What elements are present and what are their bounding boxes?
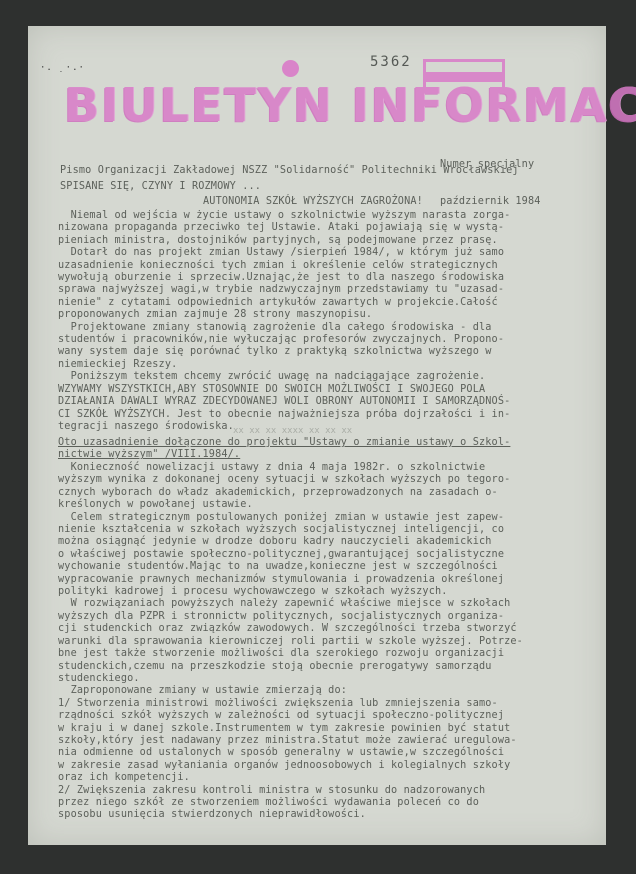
text-line: wyższym wynika z dokonanej oceny sytuacj… <box>58 474 523 486</box>
section-divider: xx xx xx xxxx xx xx xx <box>233 426 352 436</box>
text-line: studenckiego. <box>58 673 523 685</box>
text-line: wychowanie studentów.Mając to na uwadze,… <box>58 561 523 573</box>
text-line: Poniższym tekstem chcemy zwrócić uwagę n… <box>58 371 510 383</box>
text-line: nictwie wyższym" /VIII.1984/. <box>58 449 510 461</box>
issue-date: październik 1984 <box>440 196 541 208</box>
section-1: Niemal od wejścia w życie ustawy o szkol… <box>58 210 510 433</box>
text-line: Projektowane zmiany stanowią zagrożenie … <box>58 322 510 334</box>
text-line: w zakresie zasad wyłaniania organów jedn… <box>58 760 523 772</box>
text-line: proponowanych zmian zajmuje 28 strony ma… <box>58 309 510 321</box>
text-line: Niemal od wejścia w życie ustawy o szkol… <box>58 210 510 222</box>
text-line: studenckich,czemu na przeszkodzie stoją … <box>58 661 523 673</box>
text-line: rządności szkół wyższych w zależności od… <box>58 710 523 722</box>
text-line: szkoły,który jest nadawany przez ministr… <box>58 735 523 747</box>
text-line: kreślonych w powołanej ustawie. <box>58 499 523 511</box>
text-line: 1/ Stworzenia ministrowi możliwości zwię… <box>58 698 523 710</box>
text-line: cznych wyborach do władz akademickich, p… <box>58 487 523 499</box>
text-line: Celem strategicznym postulowanych poniże… <box>58 512 523 524</box>
ink-specks: ·. ̣ ·.· <box>40 62 85 74</box>
text-line: WZYWAMY WSZYSTKICH,ABY STOSOWNIE DO SWOI… <box>58 384 510 396</box>
organization-line: Pismo Organizacji Zakładowej NSZZ "Solid… <box>60 165 519 177</box>
text-line: nizowana propaganda przeciwko tej Ustawi… <box>58 222 510 234</box>
text-line: CI SZKÓŁ WYŻSZYCH. Jest to obecnie najwa… <box>58 409 510 421</box>
text-line: Konieczność nowelizacji ustawy z dnia 4 … <box>58 462 523 474</box>
archive-number: 5362 <box>370 54 412 70</box>
text-line: uzasadnienie konieczności tych zmian i o… <box>58 260 510 272</box>
text-line: Oto uzasadnienie dołączone do projektu "… <box>58 437 510 449</box>
section-2-title: Oto uzasadnienie dołączone do projektu "… <box>58 437 510 462</box>
text-line: wyższych dla PZPR i stronnictw polityczn… <box>58 611 523 623</box>
text-line: studentów i pracowników,nie wyłuczając p… <box>58 334 510 346</box>
text-line: o właściwej postawie społeczno-polityczn… <box>58 549 523 561</box>
text-line: warunki dla sprawowania kierowniczej rol… <box>58 636 523 648</box>
text-line: wywołują oburzenie i sprzeciw.Uznając,że… <box>58 272 510 284</box>
text-line: nia odmienne od ustalonych w sposób gene… <box>58 747 523 759</box>
section-2: Konieczność nowelizacji ustawy z dnia 4 … <box>58 462 523 822</box>
text-line: przez niego szkół ze stworzeniem możliwo… <box>58 797 523 809</box>
text-line: bne jest także stworzenie możliwości dla… <box>58 648 523 660</box>
text-line: nienie kształcenia w szkołach wyższych s… <box>58 524 523 536</box>
text-line: wany system daje się porównać tylko z pr… <box>58 346 510 358</box>
masthead-title: BIULETYN INFORMACYJNY <box>64 78 636 132</box>
subtitle: SPISANE SIĘ, CZYNY I ROZMOWY ... <box>60 181 261 193</box>
text-line: sprawa najwyższej wagi,w trybie nadzwycz… <box>58 284 510 296</box>
text-line: DZIAŁANIA DAWALI WYRAZ ZDECYDOWANEJ WOLI… <box>58 396 510 408</box>
text-line: 2/ Zwiększenia zakresu kontroli ministra… <box>58 785 523 797</box>
text-line: Dotarł do nas projekt zmian Ustawy /sier… <box>58 247 510 259</box>
text-line: polityki kadrowej i procesu wychowawczeg… <box>58 586 523 598</box>
text-line: nienie" z cytatami odpowiednich artykułó… <box>58 297 510 309</box>
document-page: ·. ̣ ·.· 5362 BIULETYN INFORMACYJNY Nume… <box>28 26 606 845</box>
text-line: W rozwiązaniach powyższych należy zapewn… <box>58 598 523 610</box>
text-line: można osiągnąć jedynie w drodze doboru k… <box>58 536 523 548</box>
text-line: Zaproponowane zmiany w ustawie zmierzają… <box>58 685 523 697</box>
text-line: sposobu usunięcia stwierdzonych nieprawi… <box>58 809 523 821</box>
text-line: cji studenckich oraz związków zawodowych… <box>58 623 523 635</box>
stamp-dot <box>282 60 299 77</box>
text-line: pieniach ministra, dostojników partyjnyc… <box>58 235 510 247</box>
text-line: oraz ich kompetencji. <box>58 772 523 784</box>
text-line: w kraju i w danej szkole.Instrumentem w … <box>58 723 523 735</box>
article-heading: AUTONOMIA SZKÓŁ WYŻSZYCH ZAGROŻONA! <box>203 196 423 208</box>
text-line: wypracowanie prawnych mechanizmów stymul… <box>58 574 523 586</box>
text-line: niemieckiej Rzeszy. <box>58 359 510 371</box>
